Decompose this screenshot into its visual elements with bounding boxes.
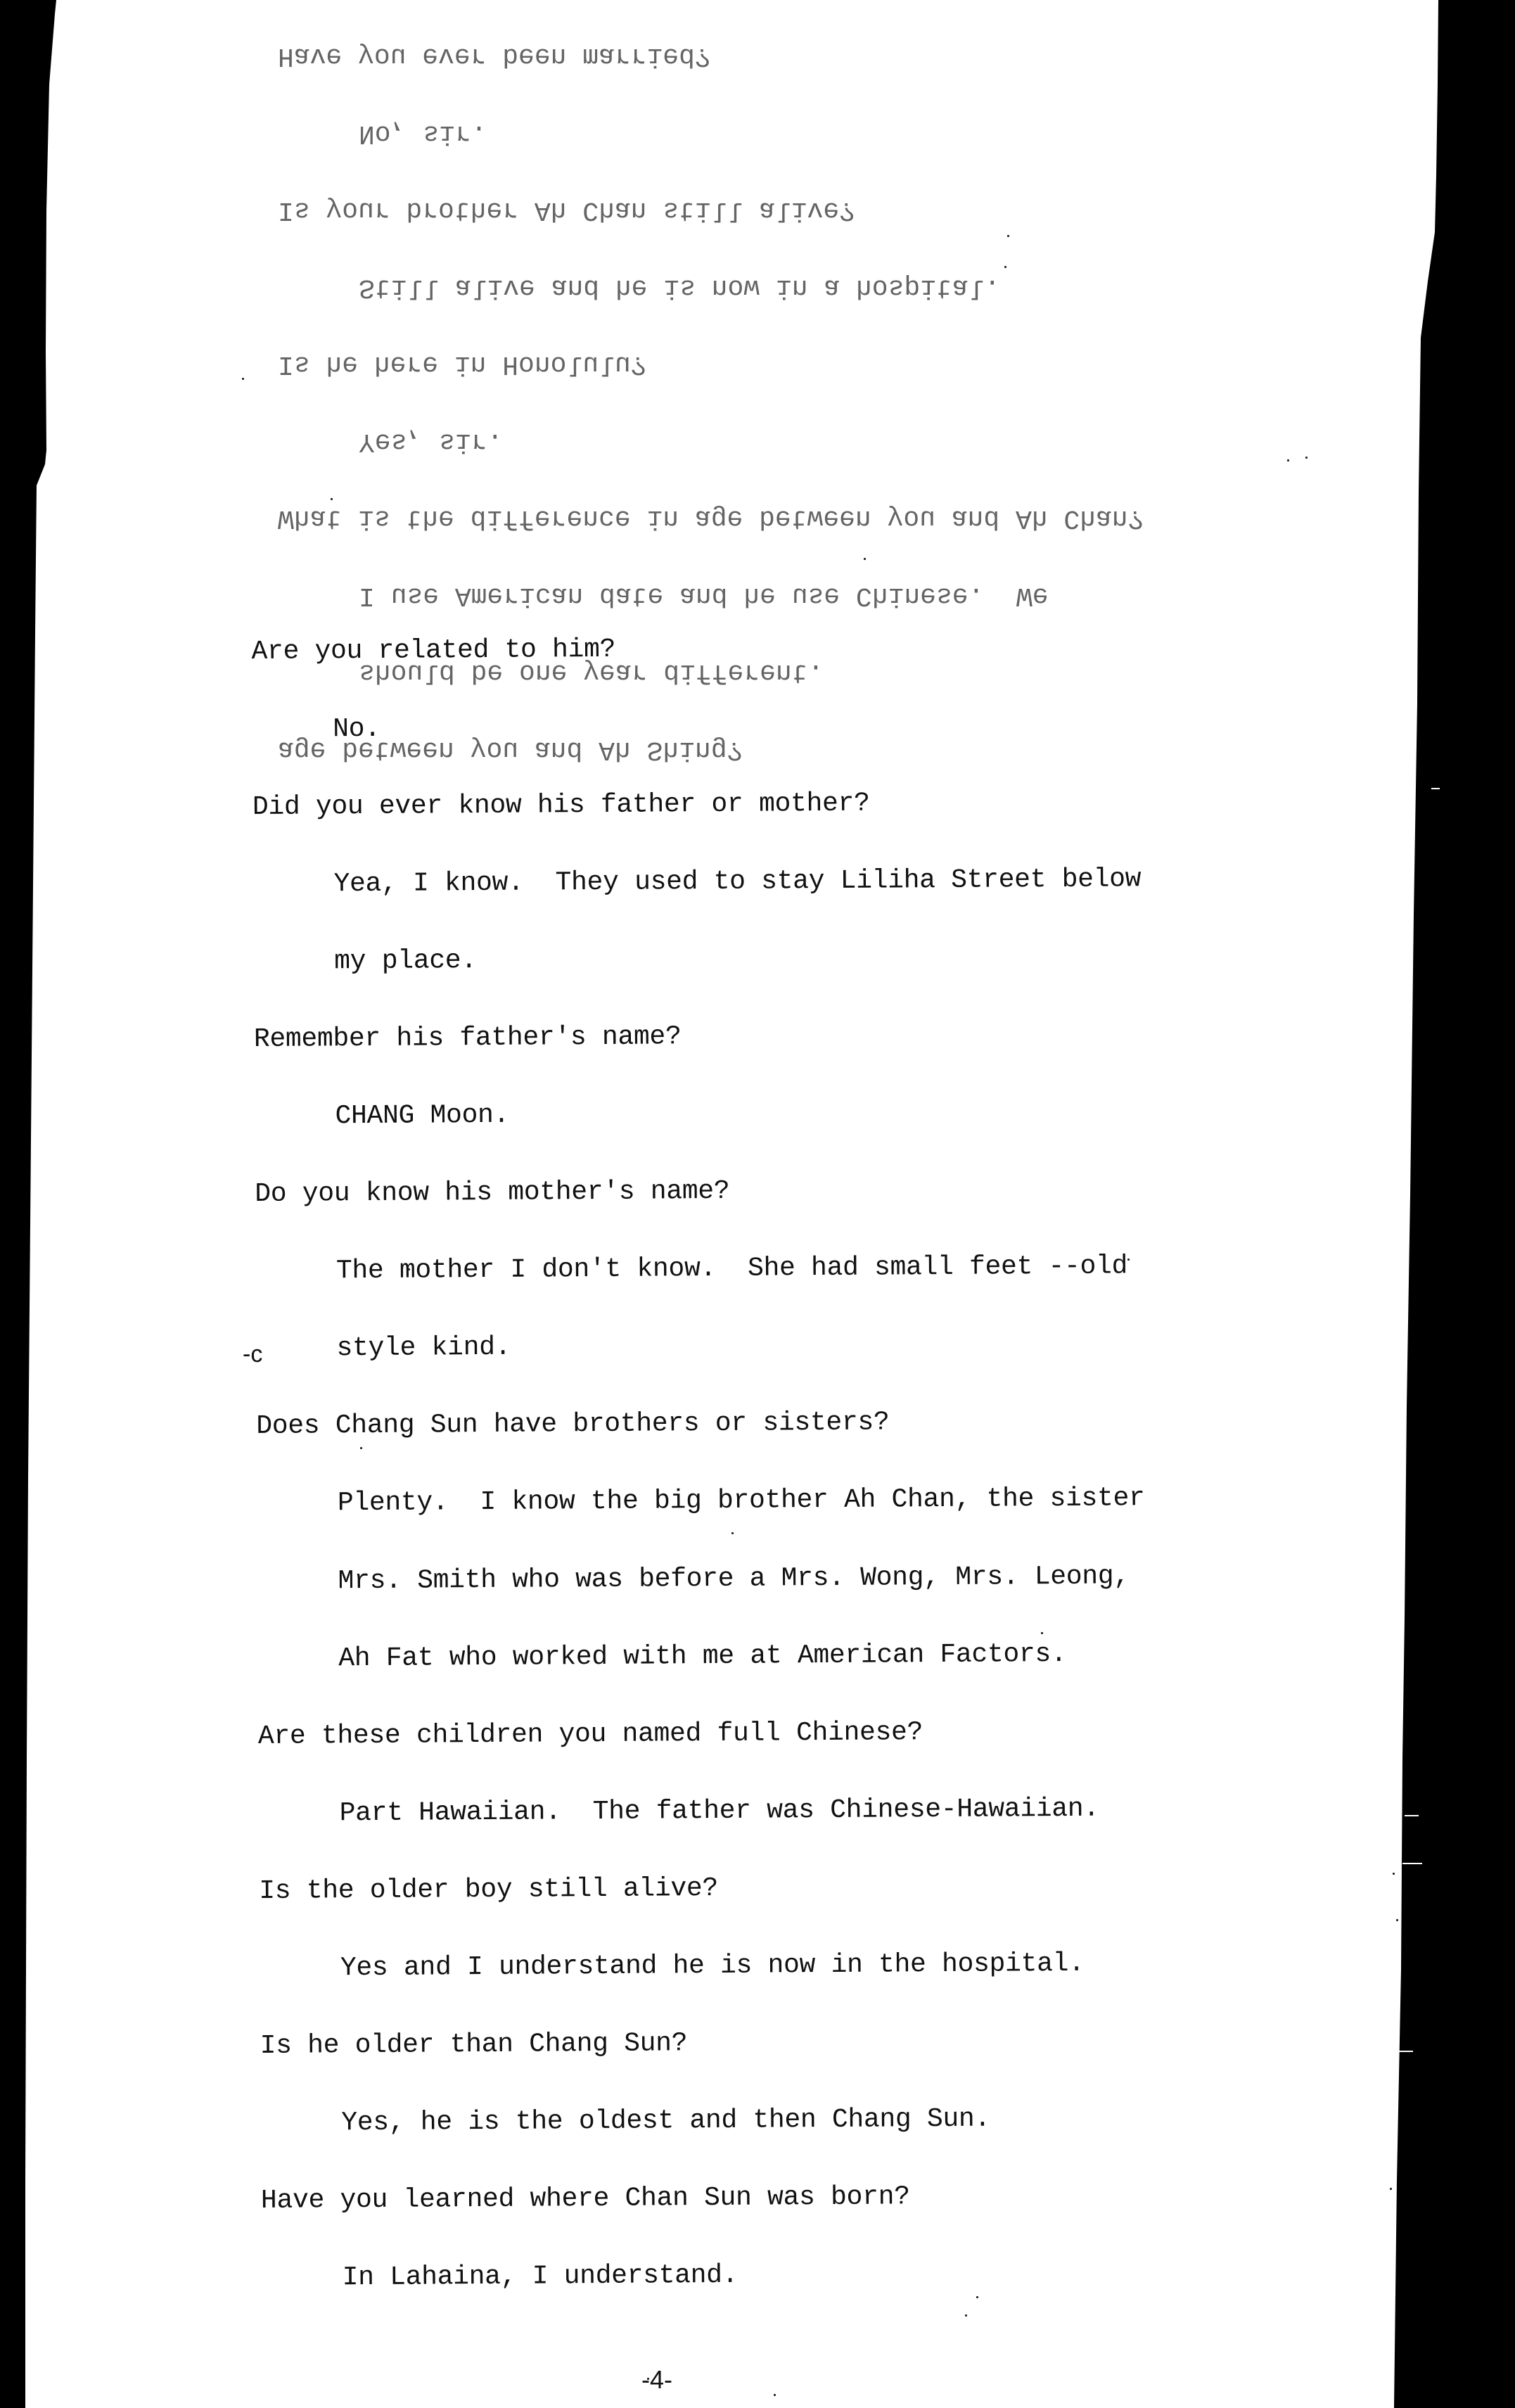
scan-speck xyxy=(731,1532,734,1534)
answer-line: In Lahaina, I understand. xyxy=(262,2260,1387,2292)
scanned-page: age between you and Ah Shing? should be … xyxy=(0,0,1515,2408)
scan-speck xyxy=(647,2378,649,2380)
answer-line: Yes and I understand he is now in the ho… xyxy=(260,1949,1385,1982)
scan-speck xyxy=(1041,1632,1043,1634)
scan-speck xyxy=(331,498,333,500)
border-mark xyxy=(1402,1863,1422,1864)
scan-speck xyxy=(864,558,866,560)
scan-speck xyxy=(1287,459,1289,461)
scan-speck xyxy=(242,378,244,380)
question-line: Do you know his mother's name? xyxy=(255,1175,1380,1207)
scan-speck xyxy=(1007,235,1009,237)
question-line: Remember his father's name? xyxy=(254,1020,1379,1052)
question-line: Are you related to him? xyxy=(251,633,1376,665)
bleed-line: What is the difference in age between yo… xyxy=(278,505,1262,531)
answer-line: Part Hawaiian. The father was Chinese-Ha… xyxy=(259,1795,1384,1827)
answer-line: Yes, he is the oldest and then Chang Sun… xyxy=(260,2104,1386,2136)
bleed-line: Yes, sir. xyxy=(278,428,1262,454)
bleed-line: Is he here in Honolulu? xyxy=(278,351,1262,377)
answer-line: The mother I don't know. She had small f… xyxy=(255,1252,1381,1285)
scan-speck xyxy=(1004,266,1006,268)
answer-line: Yea, I know. They used to stay Liliha St… xyxy=(252,865,1378,898)
question-line: Are these children you named full Chines… xyxy=(258,1717,1383,1750)
scan-speck xyxy=(360,1447,362,1449)
question-line: Did you ever know his father or mother? xyxy=(252,788,1378,820)
question-line: Is he older than Chang Sun? xyxy=(260,2027,1386,2059)
typist-initials: -c xyxy=(243,1340,262,1368)
scan-speck xyxy=(965,2314,967,2317)
scan-speck xyxy=(976,2296,978,2298)
scan-speck xyxy=(1305,457,1308,459)
scan-speck xyxy=(774,2394,776,2396)
scan-speck xyxy=(1127,1259,1130,1261)
scan-speck xyxy=(408,1268,410,1270)
answer-line: Plenty. I know the big brother Ah Chan, … xyxy=(257,1485,1382,1517)
border-mark xyxy=(1405,1815,1419,1816)
page-number: -4- xyxy=(641,2366,672,2394)
answer-line: Mrs. Smith who was before a Mrs. Wong, M… xyxy=(257,1562,1383,1595)
border-mark xyxy=(1398,2051,1413,2052)
bleed-line: Still alive and he is now in a hospital. xyxy=(278,274,1262,300)
answer-line: No. xyxy=(252,711,1377,743)
answer-line: Ah Fat who worked with me at American Fa… xyxy=(257,1640,1383,1672)
scan-speck xyxy=(1396,1919,1398,1921)
scan-speck xyxy=(1390,2188,1392,2190)
question-line: Have you learned where Chan Sun was born… xyxy=(261,2181,1386,2214)
scan-speck xyxy=(1393,1873,1395,1875)
answer-line: style kind. xyxy=(256,1330,1381,1362)
bleed-line: Have you ever been married? xyxy=(278,43,1262,69)
border-mark xyxy=(1431,788,1440,789)
bleed-line: Is your brother Ah Chan still alive? xyxy=(278,197,1262,223)
bleed-line: No, sir. xyxy=(278,120,1262,146)
question-line: Does Chang Sun have brothers or sisters? xyxy=(256,1408,1381,1440)
interview-transcript: Are you related to him? No. Did you ever… xyxy=(251,581,1387,2343)
answer-line: CHANG Moon. xyxy=(254,1097,1379,1130)
answer-line: my place. xyxy=(253,943,1379,975)
question-line: Is the older boy still alive? xyxy=(259,1872,1384,1904)
